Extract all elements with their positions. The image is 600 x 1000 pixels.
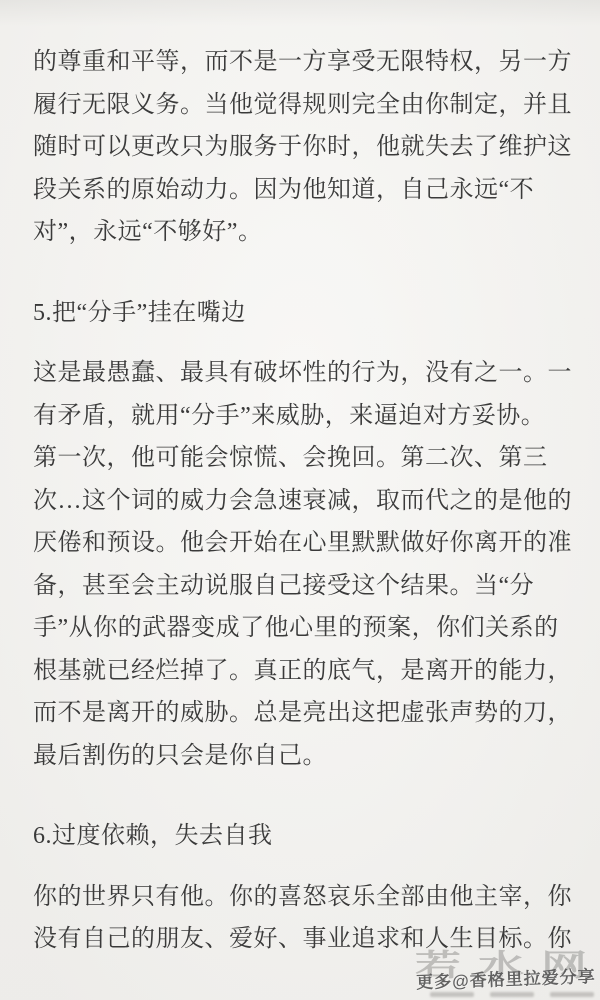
body-line: 手”从你的武器变成了他心里的预案，你们关系的 xyxy=(33,607,573,650)
body-line: 第一次，他可能会惊慌、会挽回。第二次、第三 xyxy=(33,437,573,480)
body-line: 没有自己的朋友、爱好、事业追求和人生目标。你 xyxy=(33,918,573,961)
body-line: 段关系的原始动力。因为他知道，自己永远“不 xyxy=(33,169,573,212)
body-line: 最后割伤的只会是你自己。 xyxy=(33,735,573,778)
body-line: 的尊重和平等，而不是一方享受无限特权，另一方 xyxy=(33,41,573,84)
body-line: 这是最愚蠢、最具有破坏性的行为，没有之一。一 xyxy=(33,352,573,395)
body-line: 对”，永远“不够好”。 xyxy=(33,211,573,254)
body-line: 而不是离开的威胁。总是亮出这把虚张声势的刀， xyxy=(33,692,573,735)
article-body: 的尊重和平等，而不是一方享受无限特权，另一方 履行无限义务。当他觉得规则完全由你… xyxy=(33,41,573,961)
body-line: 随时可以更改只为服务于你时，他就失去了维护这 xyxy=(33,126,573,169)
body-line: 根基就已经烂掉了。真正的底气，是离开的能力， xyxy=(33,650,573,693)
paragraph-intro: 的尊重和平等，而不是一方享受无限特权，另一方 履行无限义务。当他觉得规则完全由你… xyxy=(33,41,573,254)
body-line: 有矛盾，就用“分手”来威胁，来逼迫对方妥协。 xyxy=(33,395,573,438)
body-line: 厌倦和预设。他会开始在心里默默做好你离开的准 xyxy=(33,522,573,565)
body-line: 备，甚至会主动说服自己接受这个结果。当“分 xyxy=(33,565,573,608)
body-line: 履行无限义务。当他觉得规则完全由你制定，并且 xyxy=(33,84,573,127)
paragraph-section-6: 你的世界只有他。你的喜怒哀乐全部由他主宰，你 没有自己的朋友、爱好、事业追求和人… xyxy=(33,876,573,961)
section-5-heading: 5.把“分手”挂在嘴边 xyxy=(33,292,573,335)
body-line: 次…这个词的威力会急速衰减，取而代之的是他的 xyxy=(33,480,573,523)
paragraph-section-5: 这是最愚蠢、最具有破坏性的行为，没有之一。一 有矛盾，就用“分手”来威胁，来逼迫… xyxy=(33,352,573,777)
body-line: 你的世界只有他。你的喜怒哀乐全部由他主宰，你 xyxy=(33,876,573,919)
section-6-heading: 6.过度依赖，失去自我 xyxy=(33,815,573,858)
